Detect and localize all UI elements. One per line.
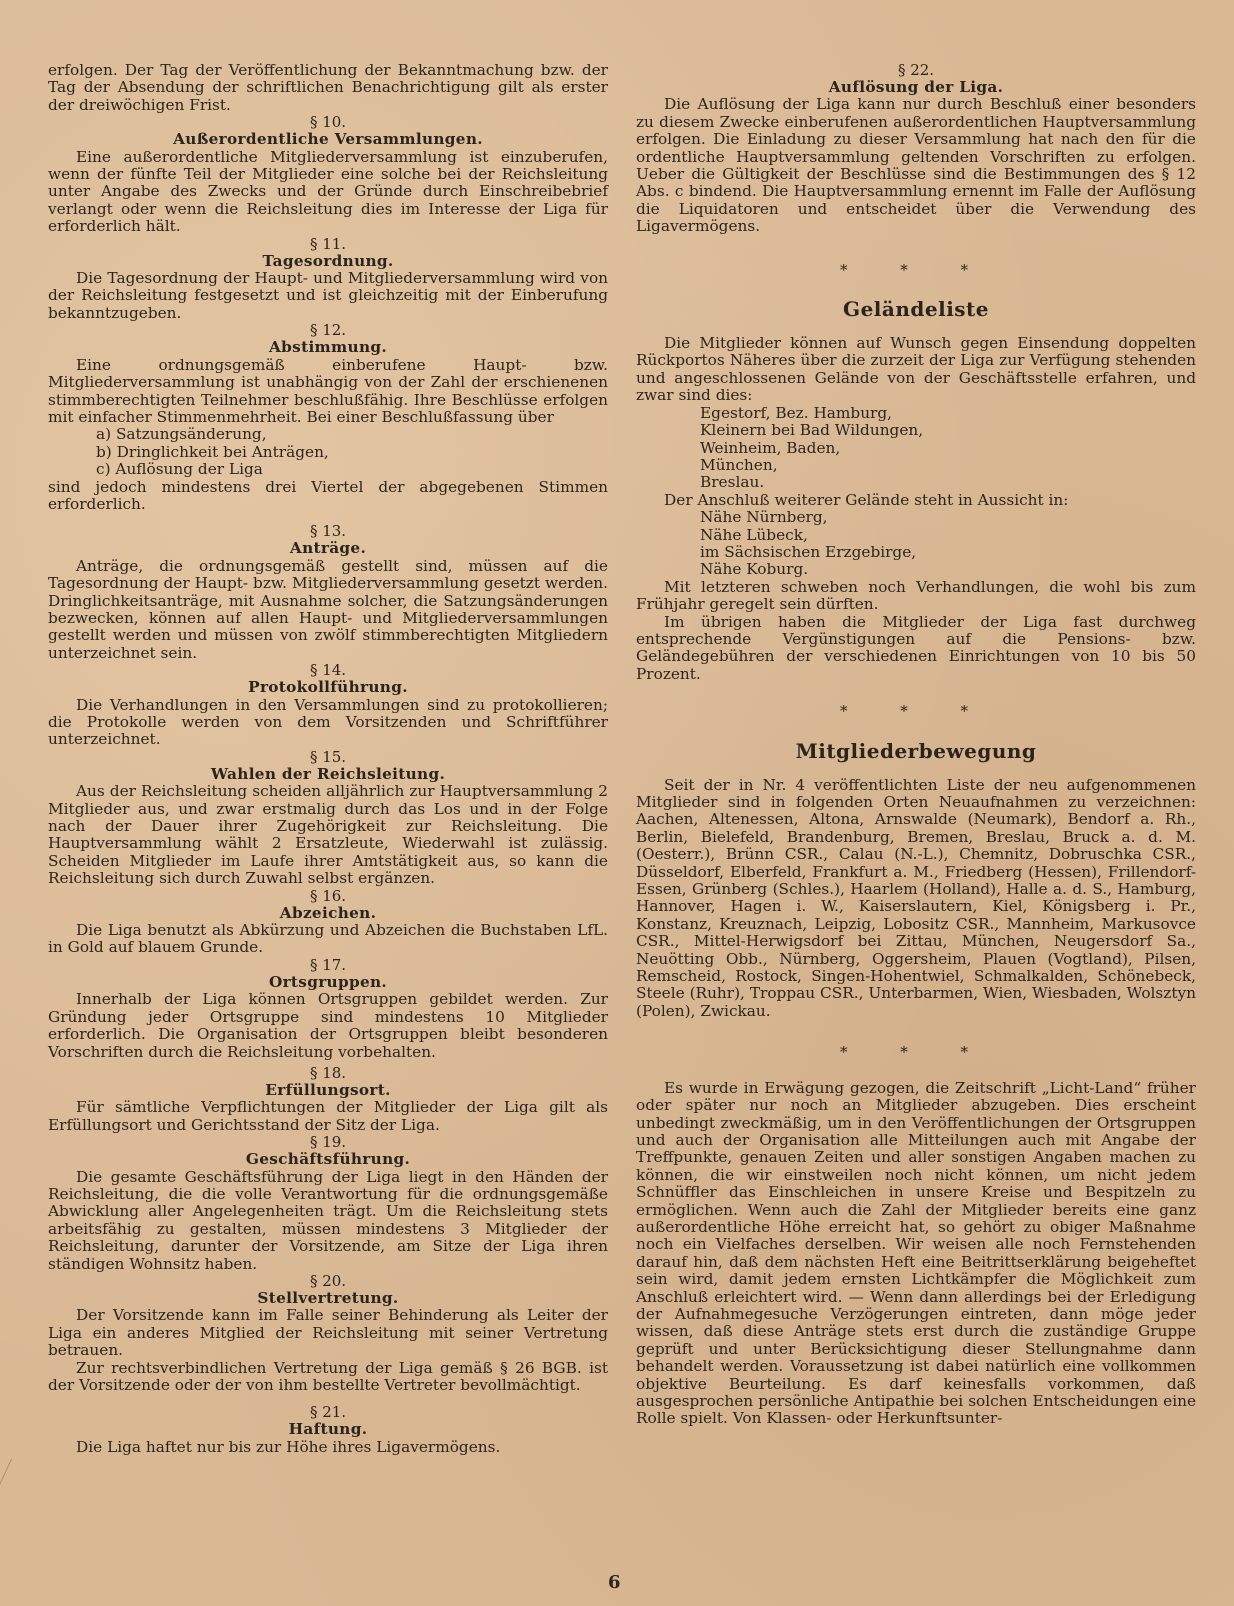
section-14: § 14. Protokollführung. Die Verhandlunge… (48, 662, 608, 749)
section-heading: Stellvertretung. (48, 1290, 608, 1307)
prospect-item: im Sächsischen Erzgebirge, (700, 544, 1196, 561)
section-text: Die Liga benutzt als Abkürzung und Abzei… (48, 922, 608, 957)
paper-fold-mark (0, 1459, 25, 1502)
list-item: b) Dringlichkeit bei Anträgen, (96, 444, 608, 461)
section-text: Der Vorsitzende kann im Falle seiner Beh… (48, 1307, 608, 1359)
section-title: Geländeliste (636, 297, 1196, 321)
section-text: Eine außerordentliche Mitgliederversamml… (48, 149, 608, 236)
scanned-page: erfolgen. Der Tag der Veröffentlichung d… (0, 0, 1234, 1606)
section-number: § 13. (48, 523, 608, 540)
section-heading: Tagesordnung. (48, 253, 608, 270)
section-number: § 19. (48, 1134, 608, 1151)
section-text: Die Auflösung der Liga kann nur durch Be… (636, 96, 1196, 235)
section-number: § 16. (48, 888, 608, 905)
section-heading: Abzeichen. (48, 905, 608, 922)
section-number: § 17. (48, 957, 608, 974)
section-19: § 19. Geschäftsführung. Die gesamte Gesc… (48, 1134, 608, 1273)
page-number: 6 (608, 1572, 621, 1593)
section-heading: Geschäftsführung. (48, 1151, 608, 1168)
prospect-item: Nähe Nürnberg, (700, 509, 1196, 526)
closing-section: Es wurde in Erwägung gezogen, die Zeitsc… (636, 1080, 1196, 1428)
section-number: § 15. (48, 749, 608, 766)
voting-list: a) Satzungsänderung, b) Dringlichkeit be… (48, 426, 608, 478)
intro-paragraph: erfolgen. Der Tag der Veröffentlichung d… (48, 62, 608, 114)
section-number: § 22. (636, 62, 1196, 79)
section-heading: Auflösung der Liga. (636, 79, 1196, 96)
section-17: § 17. Ortsgruppen. Innerhalb der Liga kö… (48, 957, 608, 1061)
section-title: Mitgliederbewegung (636, 739, 1196, 763)
list-item: a) Satzungsänderung, (96, 426, 608, 443)
prospects-list: Nähe Nürnberg, Nähe Lübeck, im Sächsisch… (636, 509, 1196, 579)
section-text-continued: sind jedoch mindestens drei Viertel der … (48, 479, 608, 514)
section-10: § 10. Außerordentliche Versammlungen. Ei… (48, 114, 608, 235)
prospect-item: Nähe Koburg. (700, 561, 1196, 578)
section-18: § 18. Erfüllungsort. Für sämtliche Verpf… (48, 1065, 608, 1134)
section-heading: Abstimmung. (48, 339, 608, 356)
section-number: § 12. (48, 322, 608, 339)
section-20: § 20. Stellvertretung. Der Vorsitzende k… (48, 1273, 608, 1394)
section-text-second: Zur rechtsverbindlichen Vertretung der L… (48, 1360, 608, 1395)
gelaendeliste-intro: Die Mitglieder können auf Wunsch gegen E… (636, 335, 1196, 405)
gelaendeliste-section: Geländeliste Die Mitglieder können auf W… (636, 297, 1196, 683)
place-item: Breslau. (700, 474, 1196, 491)
section-heading: Ortsgruppen. (48, 974, 608, 991)
section-text: Anträge, die ordnungsgemäß gestellt sind… (48, 558, 608, 662)
section-text: Innerhalb der Liga können Ortsgruppen ge… (48, 991, 608, 1061)
prospect-item: Nähe Lübeck, (700, 527, 1196, 544)
section-text: Aus der Reichsleitung scheiden alljährli… (48, 783, 608, 887)
section-text: Die Tagesordnung der Haupt- und Mitglied… (48, 270, 608, 322)
section-text: Die gesamte Geschäftsführung der Liga li… (48, 1169, 608, 1273)
separator-stars: * * * (636, 1044, 1196, 1061)
section-number: § 20. (48, 1273, 608, 1290)
negotiation-text: Mit letzteren schweben noch Verhandlunge… (636, 579, 1196, 614)
place-item: Kleinern bei Bad Wildungen, (700, 422, 1196, 439)
section-number: § 11. (48, 236, 608, 253)
section-16: § 16. Abzeichen. Die Liga benutzt als Ab… (48, 888, 608, 957)
section-heading: Haftung. (48, 1421, 608, 1438)
closing-text: Es wurde in Erwägung gezogen, die Zeitsc… (636, 1080, 1196, 1428)
place-item: Egestorf, Bez. Hamburg, (700, 405, 1196, 422)
section-number: § 18. (48, 1065, 608, 1082)
section-heading: Erfüllungsort. (48, 1082, 608, 1099)
prospect-intro: Der Anschluß weiterer Gelände steht in A… (636, 492, 1196, 509)
place-item: München, (700, 457, 1196, 474)
list-item: c) Auflösung der Liga (96, 461, 608, 478)
section-heading: Wahlen der Reichsleitung. (48, 766, 608, 783)
section-22: § 22. Auflösung der Liga. Die Auflösung … (636, 62, 1196, 236)
separator-stars: * * * (636, 262, 1196, 279)
section-number: § 10. (48, 114, 608, 131)
section-heading: Protokollführung. (48, 679, 608, 696)
section-12: § 12. Abstimmung. Eine ordnungsgemäß ein… (48, 322, 608, 513)
section-text: Für sämtliche Verpflichtungen der Mitgli… (48, 1099, 608, 1134)
new-members-text: Seit der in Nr. 4 veröffentlichten Liste… (636, 777, 1196, 1021)
places-list: Egestorf, Bez. Hamburg, Kleinern bei Bad… (636, 405, 1196, 492)
section-number: § 14. (48, 662, 608, 679)
place-item: Weinheim, Baden, (700, 440, 1196, 457)
separator-stars: * * * (636, 703, 1196, 720)
section-text: Die Liga haftet nur bis zur Höhe ihres L… (48, 1439, 608, 1456)
section-number: § 21. (48, 1404, 608, 1421)
section-11: § 11. Tagesordnung. Die Tagesordnung der… (48, 236, 608, 323)
section-15: § 15. Wahlen der Reichsleitung. Aus der … (48, 749, 608, 888)
mitgliederbewegung-section: Mitgliederbewegung Seit der in Nr. 4 ver… (636, 739, 1196, 1021)
left-column: erfolgen. Der Tag der Veröffentlichung d… (48, 62, 608, 1456)
section-21: § 21. Haftung. Die Liga haftet nur bis z… (48, 1404, 608, 1456)
section-heading: Anträge. (48, 540, 608, 557)
right-column: § 22. Auflösung der Liga. Die Auflösung … (636, 62, 1196, 1428)
discount-text: Im übrigen haben die Mitglieder der Liga… (636, 614, 1196, 684)
section-text: Eine ordnungsgemäß einberufene Haupt- bz… (48, 357, 608, 427)
section-text: Die Verhandlungen in den Versammlungen s… (48, 697, 608, 749)
section-heading: Außerordentliche Versammlungen. (48, 131, 608, 148)
section-13: § 13. Anträge. Anträge, die ordnungsgemä… (48, 523, 608, 662)
